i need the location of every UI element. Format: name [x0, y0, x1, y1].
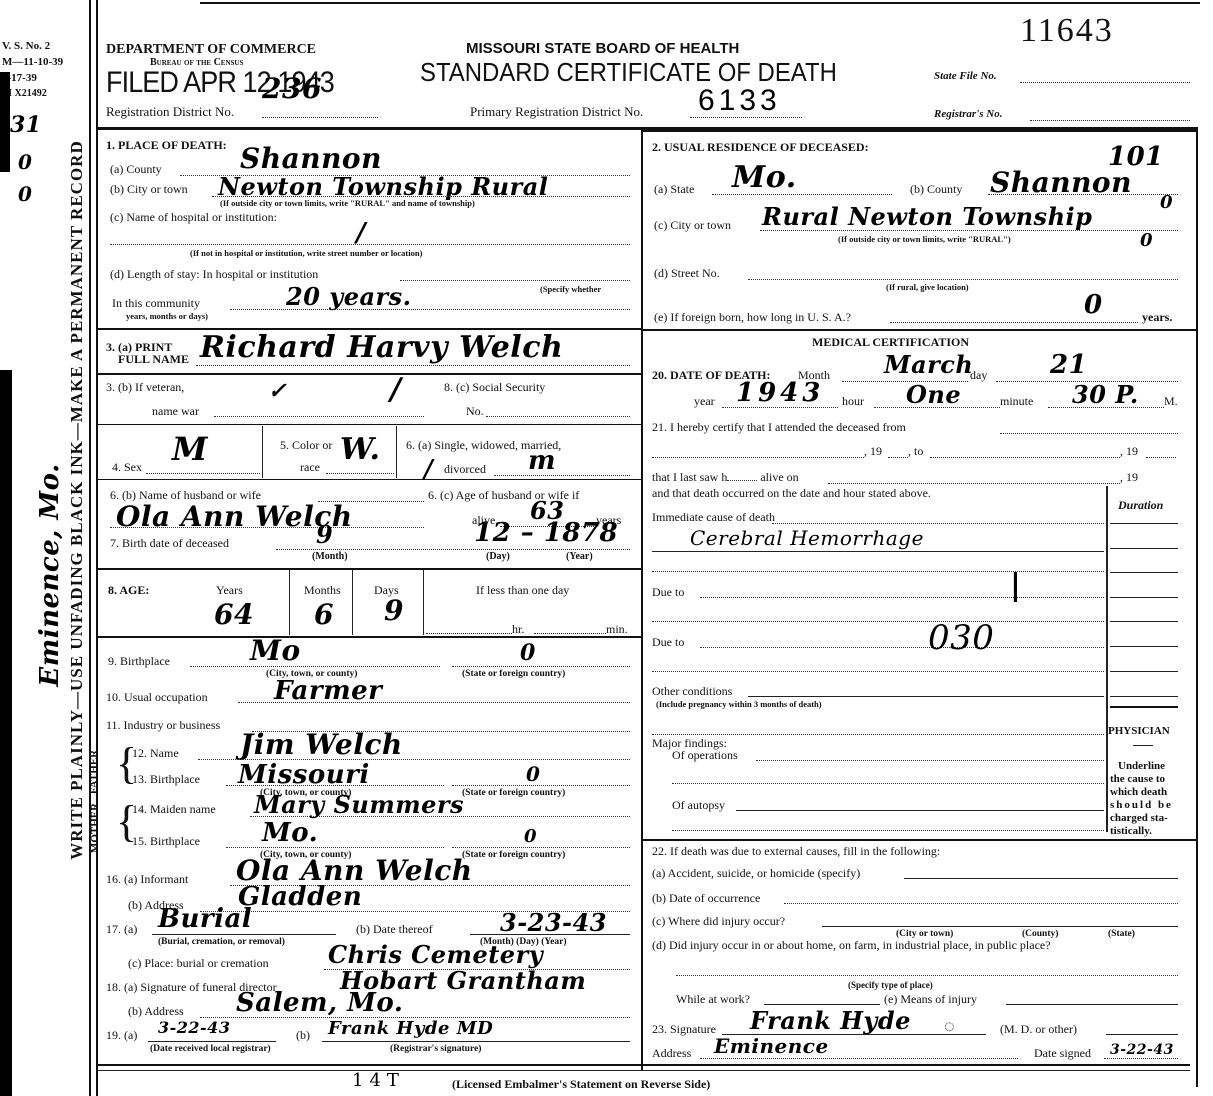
- autopsy-label: Of autopsy: [672, 798, 725, 813]
- spouse-line: [110, 527, 424, 528]
- signature-stamp: ◌: [944, 1016, 955, 1037]
- occurrence-label: (b) Date of occurrence: [652, 891, 760, 906]
- frame-top: [200, 2, 1200, 4]
- city-label: (b) City or town: [110, 182, 188, 197]
- industry-label: 11. Industry or business: [106, 718, 220, 733]
- marital-value: m: [528, 446, 556, 476]
- age-divider-3: [423, 570, 424, 635]
- physician-note-2: the cause to: [1110, 773, 1165, 785]
- signature-label: 23. Signature: [652, 1022, 716, 1037]
- while-at-work-label: While at work?: [676, 992, 750, 1007]
- birth-month-note: (Month): [312, 551, 348, 562]
- due-to-2-line: [700, 647, 1104, 648]
- alive-on-text: alive on: [760, 470, 798, 484]
- hr-label: hr.: [512, 622, 524, 637]
- res-city-note: (If outside city or town limits, write "…: [838, 234, 1011, 244]
- certify-19-a: , 19: [864, 444, 882, 459]
- age-months-label: Months: [304, 583, 341, 598]
- age-years-label: Years: [216, 583, 243, 598]
- father-side-label: FATHER: [88, 750, 100, 794]
- race-value: W.: [340, 432, 380, 467]
- immediate-cause-line-2: [652, 551, 1104, 552]
- where-state-note: (State): [1108, 929, 1135, 939]
- certificate-number: 11643: [1020, 12, 1114, 50]
- res-city-line: [760, 230, 1178, 231]
- birth-rule: [96, 568, 641, 570]
- board-label: MISSOURI STATE BOARD OF HEALTH: [466, 40, 739, 57]
- birthplace-country-value: 0: [520, 640, 536, 666]
- res-state-line: [712, 194, 892, 195]
- age-divider-2: [352, 570, 353, 635]
- year-prefix-1: 19: [870, 444, 882, 458]
- birthplace-country-note: (State or foreign country): [462, 669, 565, 679]
- physician-signature: Frank Hyde: [750, 1006, 911, 1035]
- immediate-cause-line: [772, 523, 1104, 524]
- registrar-line: [322, 1041, 630, 1042]
- other-conditions-line: [748, 696, 1104, 697]
- occurrence-line: [784, 903, 1178, 904]
- war-line: [214, 416, 424, 417]
- mother-birth-line: [226, 847, 444, 848]
- disposal-date-value: 3-23-43: [500, 908, 607, 937]
- res-county-line: [988, 194, 1178, 195]
- certify-text: 21. I hereby certify that I attended the…: [652, 420, 906, 435]
- frame-left-outer: [89, 0, 91, 1096]
- duration-divider: [1106, 486, 1108, 832]
- birth-day-note: (Day): [486, 551, 510, 562]
- veteran-stroke: /: [390, 372, 401, 407]
- date-signed-label: Date signed: [1034, 1046, 1091, 1061]
- to-label: to: [914, 444, 923, 458]
- marital-line: [494, 475, 630, 476]
- disposal-note: (Burial, cremation, or removal): [158, 937, 285, 947]
- death-day-label: day: [970, 368, 987, 383]
- maiden-line: [250, 816, 630, 817]
- accident-line: [904, 878, 1178, 879]
- father-birth-country-value: 0: [526, 762, 540, 786]
- cause-line-3: [652, 571, 1104, 572]
- due-to-2-label: Due to: [652, 635, 684, 650]
- duration-line-9: [1110, 706, 1178, 708]
- due-to-1-stroke: |: [1010, 568, 1021, 603]
- alive-on-line: [828, 483, 1120, 484]
- father-birth-line: [226, 785, 444, 786]
- operations-label: Of operations: [672, 748, 738, 763]
- res-state-value: Mo.: [732, 160, 797, 195]
- hospital-line: [110, 244, 630, 245]
- place-of-death-heading: 1. PLACE OF DEATH:: [106, 138, 227, 153]
- sig-address-line: [700, 1058, 1018, 1059]
- stamp-marks: 030: [928, 618, 994, 658]
- res-state-label: (a) State: [654, 182, 694, 197]
- frame-left-inner: [96, 0, 98, 1096]
- mother-birth-label: 15. Birthplace: [132, 834, 200, 849]
- duration-line-8: [1110, 696, 1178, 697]
- cause-line-4: [652, 621, 1104, 622]
- duration-line-1: [1110, 523, 1178, 524]
- death-city-line: [212, 196, 630, 197]
- color-divider: [396, 426, 397, 478]
- physician-note-6: tistically.: [1110, 825, 1152, 837]
- res-street-label: (d) Street No.: [654, 266, 720, 281]
- burial-place-label: (c) Place: burial or cremation: [128, 956, 269, 971]
- color-label: 5. Color or: [280, 438, 332, 453]
- registrar-no-line: [1030, 120, 1190, 121]
- birth-year-note: (Year): [566, 551, 593, 562]
- autopsy-line: [736, 810, 1104, 811]
- community-label: In this community: [112, 296, 200, 311]
- father-birth-label: 13. Birthplace: [132, 772, 200, 787]
- min-label: min.: [606, 622, 628, 637]
- certify-to: , to: [908, 444, 923, 459]
- physician-heading: PHYSICIAN: [1108, 725, 1170, 737]
- margin-mark-3: 0: [18, 182, 32, 206]
- footer-note: (Licensed Embalmer's Statement on Revers…: [452, 1077, 710, 1092]
- means-label: (e) Means of injury: [884, 992, 977, 1007]
- primary-district-line: [690, 117, 802, 118]
- full-name-line: [196, 365, 630, 366]
- physician-note-4: should be: [1110, 799, 1173, 811]
- death-pm-suffix: M.: [1164, 394, 1178, 409]
- director-address-value: Salem, Mo.: [236, 988, 403, 1018]
- father-name-value: Jim Welch: [240, 728, 403, 761]
- occupation-label: 10. Usual occupation: [106, 690, 208, 705]
- age-years-value: 64: [214, 598, 254, 631]
- cause-line-5: [652, 671, 1104, 672]
- primary-district-value: 6133: [698, 84, 781, 118]
- age-rule: [96, 636, 641, 638]
- registrar-note: (Registrar's signature): [390, 1044, 481, 1054]
- margin-mark-1: 31: [10, 112, 42, 138]
- disposal-value: Burial: [158, 904, 252, 934]
- sex-value: M: [172, 430, 208, 468]
- maiden-value: Mary Summers: [254, 790, 464, 819]
- sex-rule: [96, 479, 641, 480]
- res-street-line: [748, 279, 1178, 280]
- residence-top-rule: [641, 130, 1196, 132]
- birthplace-label: 9. Birthplace: [108, 654, 170, 669]
- certify-19-b: , 19: [1120, 444, 1138, 459]
- due-to-1-label: Due to: [652, 585, 684, 600]
- other-conditions-note: (Include pregnancy within 3 months of de…: [656, 699, 822, 709]
- duration-line-3: [1110, 572, 1178, 573]
- physician-dash: [1133, 745, 1153, 746]
- home-label: (d) Did injury occur in or about home, o…: [652, 938, 1051, 953]
- death-month-value: March: [884, 350, 973, 379]
- received-value: 3-22-43: [158, 1018, 230, 1037]
- ss-line: [486, 416, 630, 417]
- received-label: 19. (a): [106, 1028, 137, 1043]
- physician-note-5: charged sta-: [1110, 812, 1168, 824]
- medical-bottom-rule: [641, 839, 1196, 841]
- md-label: (M. D. or other): [1000, 1022, 1077, 1037]
- age-label: 8. AGE:: [108, 583, 149, 598]
- date-signed-value: 3-22-43: [1110, 1042, 1174, 1058]
- certify-to-line: [930, 457, 1120, 458]
- birthplace-value: Mo: [250, 634, 301, 667]
- mother-side-label: MOTHER: [89, 803, 101, 853]
- veteran-check: ✓: [268, 378, 287, 404]
- registrar-signature: Frank Hyde MD: [328, 1018, 493, 1039]
- hr-line: [426, 633, 512, 634]
- margin-mark-2: 0: [18, 150, 32, 174]
- res-county-label: (b) County: [910, 182, 962, 197]
- footer-mark: 14T: [352, 1070, 405, 1091]
- form-code-1: V. S. No. 2: [2, 40, 50, 52]
- maiden-label: 14. Maiden name: [132, 802, 216, 817]
- registrar-no-label: Registrar's No.: [934, 108, 1002, 120]
- last-saw-19: , 19: [1120, 470, 1138, 485]
- foreign-label: (e) If foreign born, how long in U. S. A…: [654, 310, 851, 325]
- sex-line: [146, 473, 260, 474]
- sig-address-value: Eminence: [714, 1034, 829, 1058]
- md-line: [1106, 1034, 1178, 1035]
- age-days-value: 9: [384, 594, 404, 627]
- duration-line-4: [1110, 597, 1178, 598]
- death-day-value: 21: [1050, 350, 1087, 380]
- res-city-value: Rural Newton Township: [762, 202, 1092, 231]
- received-note: (Date received local registrar): [150, 1044, 271, 1054]
- min-line: [534, 633, 606, 634]
- age-months-value: 6: [314, 598, 334, 631]
- birth-line: [276, 549, 630, 550]
- foreign-years-label: years.: [1142, 310, 1172, 325]
- death-county-value: Shannon: [240, 142, 382, 175]
- director-address-label: (b) Address: [128, 1004, 184, 1019]
- death-year-label: year: [694, 394, 715, 409]
- margin-handwriting: Eminence, Mo.: [35, 445, 65, 705]
- year-prefix-3: 19: [1126, 470, 1138, 484]
- column-divider: [641, 130, 643, 1070]
- last-saw-label: that I last saw h alive on: [652, 470, 799, 485]
- death-year-value: 1943: [736, 378, 824, 408]
- certify-line-2: [652, 457, 864, 458]
- birth-label: 7. Birth date of deceased: [110, 536, 229, 551]
- cause-line-6: [652, 734, 1104, 735]
- external-heading: 22. If death was due to external causes,…: [652, 844, 940, 859]
- res-city-label: (c) City or town: [654, 218, 731, 233]
- last-saw-text: that I last saw h: [652, 470, 727, 484]
- ss-label: 8. (c) Social Security: [444, 380, 545, 395]
- occupation-line: [238, 702, 630, 703]
- full-name-value: Richard Harvy Welch: [200, 330, 563, 365]
- where-line: [822, 926, 1178, 927]
- stay-label: (d) Length of stay: In hospital or insti…: [110, 267, 318, 282]
- medical-heading: MEDICAL CERTIFICATION: [812, 335, 969, 350]
- death-hour-label: hour: [842, 394, 864, 409]
- sig-address-label: Address: [652, 1046, 691, 1061]
- age-divider-1: [289, 570, 290, 635]
- footer-rule-2: [96, 1070, 1190, 1071]
- informant-address-value: Gladden: [238, 882, 362, 912]
- footer-rule-1: [96, 1064, 1190, 1066]
- registrar-label: (b): [296, 1028, 310, 1043]
- while-at-work-line: [764, 1004, 880, 1005]
- res-city-mark: 0: [1160, 192, 1173, 213]
- duration-label: Duration: [1118, 498, 1163, 513]
- foreign-line: [890, 322, 1138, 323]
- accident-label: (a) Accident, suicide, or homicide (spec…: [652, 866, 860, 881]
- race-line: [326, 473, 394, 474]
- birth-month-value: 9: [316, 520, 333, 549]
- death-minute-line: [1048, 407, 1164, 408]
- city-note: (If outside city or town limits, write "…: [220, 198, 475, 208]
- certify-line: [1000, 433, 1178, 434]
- operations-line: [756, 760, 1104, 761]
- community-line: [230, 309, 630, 310]
- death-minute-value: 30 P.: [1072, 380, 1139, 409]
- state-file-line: [1020, 82, 1190, 83]
- death-hour-value: One: [906, 380, 961, 409]
- race-label: race: [300, 460, 320, 475]
- duration-line-7: [1110, 671, 1178, 672]
- disposal-line: [152, 934, 336, 935]
- duration-line-5: [1110, 621, 1178, 622]
- res-street-note: (If rural, give location): [886, 282, 969, 292]
- duration-line-6: [1110, 646, 1178, 647]
- mother-birth-value: Mo.: [262, 818, 318, 848]
- sex-divider: [262, 426, 263, 478]
- autopsy-line-2: [672, 830, 1104, 831]
- birthplace-line: [190, 666, 440, 667]
- informant-label: 16. (a) Informant: [106, 872, 188, 887]
- due-to-1-line: [700, 597, 1104, 598]
- certify-year-1-line: [888, 457, 908, 458]
- immediate-cause-label: Immediate cause of death: [652, 510, 775, 525]
- county-label: (a) County: [110, 162, 162, 177]
- father-name-label: 12. Name: [132, 746, 179, 761]
- means-line: [1006, 1004, 1178, 1005]
- ss-no-label: No.: [466, 404, 484, 419]
- vertical-instruction: WRITE PLAINLY—USE UNFADING BLACK INK—MAK…: [67, 140, 87, 860]
- name-rule: [96, 373, 641, 375]
- community-note: years, months or days): [126, 311, 208, 321]
- mother-birth-country-value: 0: [524, 826, 537, 847]
- war-label: name war: [152, 404, 199, 419]
- veteran-rule: [96, 424, 641, 425]
- burial-place-value: Chris Cemetery: [328, 940, 543, 969]
- physician-note-3: which death: [1110, 786, 1167, 798]
- department-label: DEPARTMENT OF COMMERCE: [106, 42, 316, 58]
- hospital-note: (If not in hospital or institution, writ…: [190, 248, 422, 258]
- date-signed-line: [1104, 1058, 1178, 1059]
- disposal-date-line: [470, 934, 630, 935]
- res-city-mark-2: 0: [1140, 230, 1153, 251]
- marital-label-2: divorced: [444, 462, 486, 477]
- physician-note-1: Underline: [1118, 760, 1165, 772]
- mother-birth-country-line: [452, 847, 630, 848]
- death-minute-label: minute: [1000, 394, 1033, 409]
- foreign-value: 0: [1084, 290, 1103, 320]
- father-birth-country-line: [452, 785, 630, 786]
- form-code-2: M—11-10-39: [2, 56, 63, 68]
- duration-line-2: [1110, 548, 1178, 549]
- registration-district-label: Registration District No.: [106, 104, 234, 120]
- residence-heading: 2. USUAL RESIDENCE OF DECEASED:: [652, 140, 869, 155]
- full-name-label-2: FULL NAME: [118, 352, 189, 367]
- primary-district-label: Primary Registration District No.: [470, 104, 643, 120]
- disposal-label: 17. (a): [106, 922, 137, 937]
- year-prefix-2: 19: [1126, 444, 1138, 458]
- veteran-label: 3. (b) If veteran,: [106, 380, 184, 395]
- hospital-label: (c) Name of hospital or institution:: [110, 210, 277, 225]
- other-conditions-label: Other conditions: [652, 684, 732, 699]
- where-label: (c) Where did injury occur?: [652, 914, 785, 929]
- community-value: 20 years.: [286, 282, 412, 311]
- immediate-cause-value: Cerebral Hemorrhage: [690, 526, 924, 550]
- sex-label: 4. Sex: [112, 460, 142, 475]
- less-than-day-label: If less than one day: [476, 583, 569, 598]
- registration-district-value: 236: [262, 72, 322, 105]
- registration-district-line: [262, 117, 378, 118]
- residence-bottom-rule: [641, 329, 1196, 331]
- frame-right: [1196, 127, 1198, 1087]
- margin-black-bar: [0, 370, 12, 1096]
- birthplace-country-line: [452, 666, 630, 667]
- occurred-text: and that death occurred on the date and …: [652, 486, 931, 501]
- home-line: [676, 975, 1178, 976]
- father-country-note: (State or foreign country): [462, 788, 565, 798]
- disposal-date-label: (b) Date thereof: [356, 922, 433, 937]
- received-line: [148, 1041, 276, 1042]
- death-hour-line: [874, 407, 1000, 408]
- mother-country-note: (State or foreign country): [462, 850, 565, 860]
- specify-note: (Specify whether: [540, 284, 601, 294]
- margin-black-bar-top: [0, 72, 10, 172]
- state-file-label: State File No.: [934, 70, 997, 82]
- place-type-note: (Specify type of place): [848, 980, 933, 990]
- certify-year-2-line: [1146, 457, 1176, 458]
- death-year-line: [722, 407, 838, 408]
- birth-day-year-value: 12 – 1878: [474, 518, 618, 548]
- operations-line-2: [672, 783, 1104, 784]
- stay-line: [400, 280, 630, 281]
